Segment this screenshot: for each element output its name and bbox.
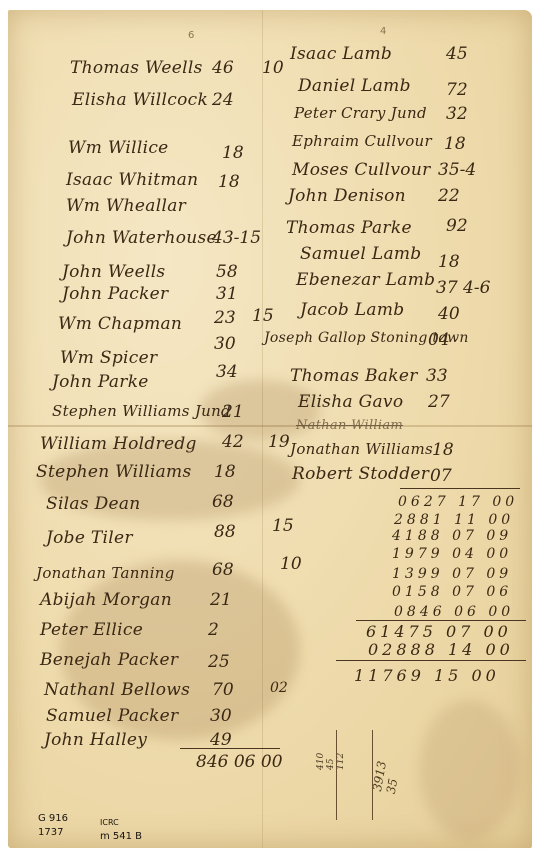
entry-name: Ephraim Cullvour — [292, 132, 432, 150]
entry-name: Jobe Tiler — [46, 528, 133, 548]
sum-value: 11769 — [354, 666, 425, 685]
sum-value: 00 — [488, 604, 514, 620]
sum-value: 1399 — [392, 566, 444, 582]
entry-amount: 43-15 — [212, 228, 261, 248]
entry-name: John Weells — [62, 262, 165, 282]
entry-amount: 27 — [428, 392, 450, 412]
entry-amount: 18 — [444, 134, 466, 154]
entry-name: John Packer — [62, 284, 168, 304]
entry-amount: 18 — [214, 462, 236, 482]
stain — [420, 700, 520, 840]
sum-value: 07 — [446, 622, 474, 641]
entry-name: William Holdredg — [40, 434, 197, 454]
entry-amount: 68 — [212, 492, 234, 512]
entry-amount: 35-4 — [438, 160, 476, 180]
entry-amount: 31 — [216, 284, 238, 304]
entry-amount: 49 — [210, 730, 232, 750]
sum-value: 00 — [488, 512, 514, 528]
sum-value: 61475 — [366, 622, 437, 641]
archive-catalog-number: ICRC m 541 B — [100, 816, 142, 844]
entry-amount: 18 — [432, 440, 454, 460]
entry-name: John Denison — [288, 186, 406, 206]
entry-amount: 40 — [438, 304, 460, 324]
entry-amount: 18 — [222, 143, 244, 163]
entry-name: Thomas Parke — [286, 218, 412, 238]
sum-value: 04 — [452, 546, 478, 562]
sum-value: 17 — [458, 494, 484, 510]
entry-name: Wm Wheallar — [66, 196, 186, 216]
sum-value: 00 — [471, 666, 499, 685]
sum-row: 0846 06 00 — [394, 604, 514, 620]
sum-row: 1979 04 00 — [392, 546, 512, 562]
entry-amount: 18 — [438, 252, 460, 272]
sum-value: 00 — [483, 622, 511, 641]
entry-amount: 22 — [438, 186, 460, 206]
sum-value: 14 — [448, 640, 476, 659]
subtotal-row: 61475 07 00 — [366, 622, 512, 641]
entry-amount: 24 — [212, 90, 234, 110]
page-mark: 6 — [188, 30, 194, 41]
margin-figure: 45 — [326, 759, 336, 770]
entry-name: Jonathan Tanning — [36, 564, 175, 582]
sum-value: 00 — [486, 546, 512, 562]
entry-name: Elisha Willcock — [72, 90, 208, 110]
entry-amount: 72 — [446, 80, 468, 100]
entry-amount: 46 — [212, 58, 234, 78]
left-column-total: 846 06 00 — [196, 752, 283, 772]
sum-value: 4188 — [392, 528, 444, 544]
entry-amount: 21 — [210, 590, 232, 610]
margin-rule — [372, 730, 373, 820]
sum-value: 11 — [454, 512, 480, 528]
sum-value: 06 — [454, 604, 480, 620]
entry-amount: 34 — [216, 362, 238, 382]
entry-name: Stephen Williams — [36, 462, 191, 482]
sum-value: 00 — [485, 640, 513, 659]
sum-value: 09 — [486, 566, 512, 582]
sum-value: 09 — [486, 528, 512, 544]
entry-extra: 10 — [280, 554, 302, 574]
entry-amount: 2 — [208, 620, 219, 640]
entry-amount: 92 — [446, 216, 468, 236]
entry-amount: 21 — [222, 402, 244, 422]
entry-name: Jonathan Williams — [290, 440, 433, 458]
entry-amount: 30 — [214, 334, 236, 354]
sum-row: 0627 17 00 — [398, 494, 518, 510]
entry-amount: 25 — [208, 652, 230, 672]
margin-figure: 112 — [336, 753, 346, 770]
entry-amount: 33 — [426, 366, 448, 386]
entry-name: Stephen Williams Jund — [52, 402, 231, 420]
entry-name: Jacob Lamb — [300, 300, 404, 320]
entry-name: Silas Dean — [46, 494, 141, 514]
sum-value: 07 — [452, 528, 478, 544]
entry-name: Wm Willice — [68, 138, 169, 158]
sum-value: 0846 — [394, 604, 446, 620]
sum-value: 1979 — [392, 546, 444, 562]
entry-name: Wm Chapman — [58, 314, 182, 334]
entry-extra: 02 — [270, 680, 288, 696]
entry-name: Peter Ellice — [40, 620, 143, 640]
sum-value: 06 — [486, 584, 512, 600]
entry-name: Daniel Lamb — [298, 76, 411, 96]
entry-name: Isaac Whitman — [66, 170, 198, 190]
entry-amount: 68 — [212, 560, 234, 580]
entry-amount: 70 — [212, 680, 234, 700]
entry-amount: 45 — [446, 44, 468, 64]
entry-amount: 07 — [430, 466, 452, 486]
sum-value: 2881 — [394, 512, 446, 528]
entry-extra: 15 — [252, 306, 274, 326]
entry-name: Wm Spicer — [60, 348, 157, 368]
sum-rule — [336, 660, 526, 661]
sum-value: 0627 — [398, 494, 450, 510]
archive-call-number: G 916 1737 — [38, 812, 68, 840]
entry-amount: 42 — [222, 432, 244, 452]
entry-amount: 37 4-6 — [436, 278, 490, 298]
sum-value: 07 — [452, 566, 478, 582]
margin-figure: 35 — [384, 777, 400, 794]
total-rule — [180, 748, 280, 749]
entry-amount: 23 — [214, 308, 236, 328]
sum-value: 00 — [492, 494, 518, 510]
sum-row: 1399 07 09 — [392, 566, 512, 582]
entry-amount: 32 — [446, 104, 468, 124]
sum-value: 07 — [452, 584, 478, 600]
entry-name: Peter Crary Jund — [294, 104, 427, 122]
entry-amount: 18 — [218, 172, 240, 192]
sum-rule — [400, 488, 520, 489]
subtotal-row: 02888 14 00 — [368, 640, 514, 659]
struck-entry-name: Nathan William — [296, 418, 403, 433]
entry-name: Samuel Lamb — [300, 244, 421, 264]
entry-name: John Halley — [44, 730, 147, 750]
entry-name: John Parke — [52, 372, 149, 392]
entry-amount: 58 — [216, 262, 238, 282]
entry-name: Samuel Packer — [46, 706, 178, 726]
entry-name: Benejah Packer — [40, 650, 178, 670]
entry-extra: 19 — [268, 432, 290, 452]
entry-name: Thomas Baker — [290, 366, 418, 386]
entry-name: Nathanl Bellows — [44, 680, 190, 700]
entry-name: Elisha Gavo — [298, 392, 403, 412]
sum-value: 0158 — [392, 584, 444, 600]
entry-amount: 04 — [428, 330, 450, 350]
sum-value: 15 — [434, 666, 462, 685]
entry-name: John Waterhouse — [66, 228, 217, 248]
entry-name: Thomas Weells — [70, 58, 203, 78]
sum-rule — [356, 620, 526, 621]
entry-amount: 30 — [210, 706, 232, 726]
grand-total-row: 11769 15 00 — [354, 666, 500, 685]
entry-extra: 10 — [262, 58, 284, 78]
entry-name: Robert Stodder — [292, 464, 429, 484]
entry-name: Abijah Morgan — [40, 590, 172, 610]
margin-rule — [336, 730, 337, 820]
page-mark: 4 — [380, 26, 386, 37]
sum-row: 4188 07 09 — [392, 528, 512, 544]
margin-figure: 410 — [316, 753, 326, 770]
entry-name: Ebenezar Lamb — [296, 270, 435, 290]
entry-name: Moses Cullvour — [292, 160, 431, 180]
entry-amount: 88 — [214, 522, 236, 542]
sum-row: 2881 11 00 — [394, 512, 514, 528]
sum-row: 0158 07 06 — [392, 584, 512, 600]
entry-extra: 15 — [272, 516, 294, 536]
entry-name: Isaac Lamb — [290, 44, 392, 64]
sum-value: 02888 — [368, 640, 439, 659]
